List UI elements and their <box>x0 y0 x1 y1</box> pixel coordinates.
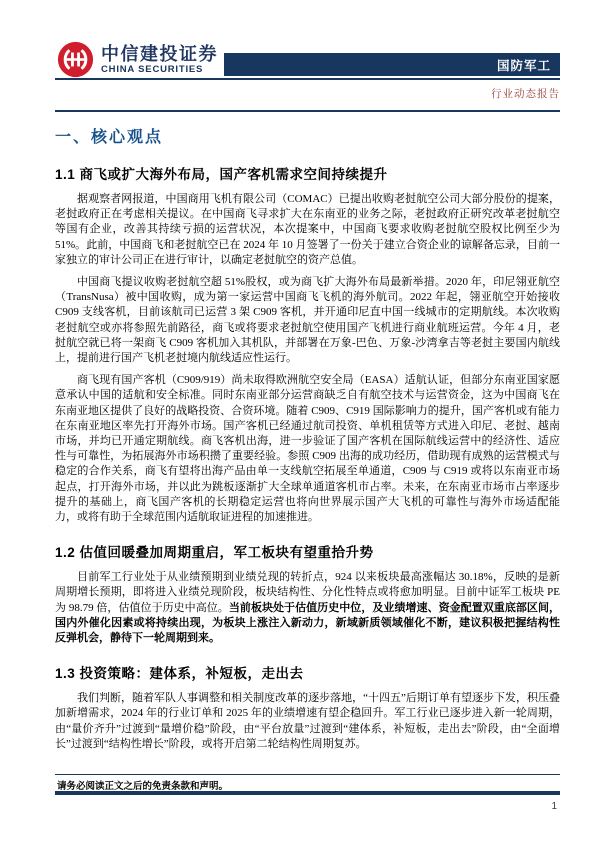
brand-name-en: CHINA SECURITIES <box>101 64 218 75</box>
footer-rule-thin <box>55 774 560 775</box>
report-body: 一、核心观点 1.1 商飞或扩大海外布局，国产客机需求空间持续提升 据观察者网报… <box>55 116 560 759</box>
subsection-title-1-3: 1.3 投资策略：建体系，补短板，走出去 <box>55 662 560 682</box>
header-rule-bottom <box>55 110 560 112</box>
brand-name-cn: 中信建投证券 <box>101 44 218 64</box>
paragraph-1-1-a: 据观察者网报道，中国商用飞机有限公司（COMAC）已提出收购老挝航空公司大部分股… <box>55 192 560 268</box>
header-rule-top <box>55 78 560 80</box>
sector-badge-label: 国防军工 <box>497 56 551 74</box>
footer-rule-thick <box>55 791 560 795</box>
subsection-title-1-1: 1.1 商飞或扩大海外布局，国产客机需求空间持续提升 <box>55 163 560 183</box>
paragraph-1-1-c: 商飞现有国产客机（C909/919）尚未取得欧洲航空安全局（EASA）适航认证，… <box>55 373 560 525</box>
page-number: 1 <box>551 801 557 812</box>
footer-disclaimer: 请务必阅读正文之后的免责条款和声明。 <box>57 778 228 792</box>
report-page: 中信建投证券 CHINA SECURITIES 国防军工 行业动态报告 一、核心… <box>0 0 595 842</box>
report-type-label: 行业动态报告 <box>491 86 560 101</box>
paragraph-1-3: 我们判断，随着军队人事调整和相关制度改革的逐步落地，“十四五”后期订单有望逐步下… <box>55 691 560 752</box>
brand-text: 中信建投证券 CHINA SECURITIES <box>101 44 218 75</box>
paragraph-1-2: 目前军工行业处于从业绩预期到业绩兑现的转折点，924 以来板块最高涨幅达 30.… <box>55 570 560 646</box>
paragraph-1-1-b: 中国商飞提议收购老挝航空超 51%股权，或为商飞扩大海外布局最新举措。2020 … <box>55 275 560 366</box>
subsection-title-1-2: 1.2 估值回暖叠加周期重启，军工板块有望重拾升势 <box>55 541 560 561</box>
citic-logo-icon <box>57 41 94 78</box>
brand-logo: 中信建投证券 CHINA SECURITIES <box>57 41 218 78</box>
section-title-core-views: 一、核心观点 <box>55 124 560 147</box>
sector-badge: 国防军工 <box>224 53 560 76</box>
